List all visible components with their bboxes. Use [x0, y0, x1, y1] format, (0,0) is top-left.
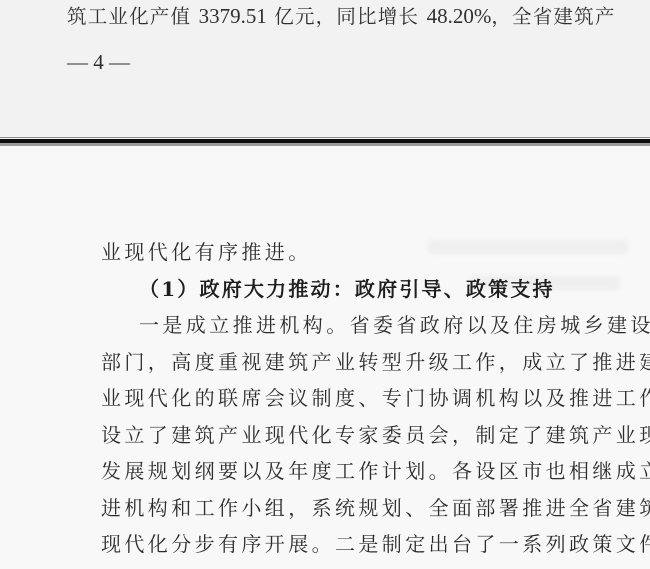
page-number: — 4 — [67, 50, 130, 74]
growth-rate-value: 48.20% [427, 4, 492, 28]
paragraph-line: 进机构和工作小组，系统规划、全面部署推进全省建筑产业 [101, 490, 601, 527]
text-suffix: ，全省建筑产 [491, 5, 615, 28]
paragraph-line: 业现代化的联席会议制度、专门协调机构以及推进工作小组， [101, 380, 601, 417]
paragraph-line: 现代化分步有序开展。二是制定出台了一系列政策文件和相 [101, 526, 601, 563]
paragraph-line: 业现代化有序推进。 [101, 234, 601, 271]
paragraph-line: 一是成立推进机构。省委省政府以及住房城乡建设主管 [101, 307, 601, 344]
document-body: 业现代化有序推进。 （1）政府大力推动：政府引导、政策支持 一是成立推进机构。省… [101, 234, 601, 563]
previous-page-last-line: 筑工业化产值 3379.51 亿元，同比增长 48.20%，全省建筑产 [67, 4, 616, 29]
paragraph-line: 部门，高度重视建筑产业转型升级工作，成立了推进建筑产 [101, 344, 601, 381]
paragraph-line: 发展规划纲要以及年度工作计划。各设区市也相继成立了推 [101, 453, 601, 490]
previous-page-region: 筑工业化产值 3379.51 亿元，同比增长 48.20%，全省建筑产 — 4 … [0, 0, 650, 136]
page-break-divider-top [0, 137, 650, 138]
text-middle: 亿元，同比增长 [267, 5, 427, 28]
industrialized-output-value: 3379.51 [199, 4, 267, 28]
text-prefix: 筑工业化产值 [67, 5, 199, 28]
paragraph-line: 设立了建筑产业现代化专家委员会，制定了建筑产业现代化 [101, 417, 601, 454]
section-heading: （1）政府大力推动：政府引导、政策支持 [101, 271, 601, 308]
